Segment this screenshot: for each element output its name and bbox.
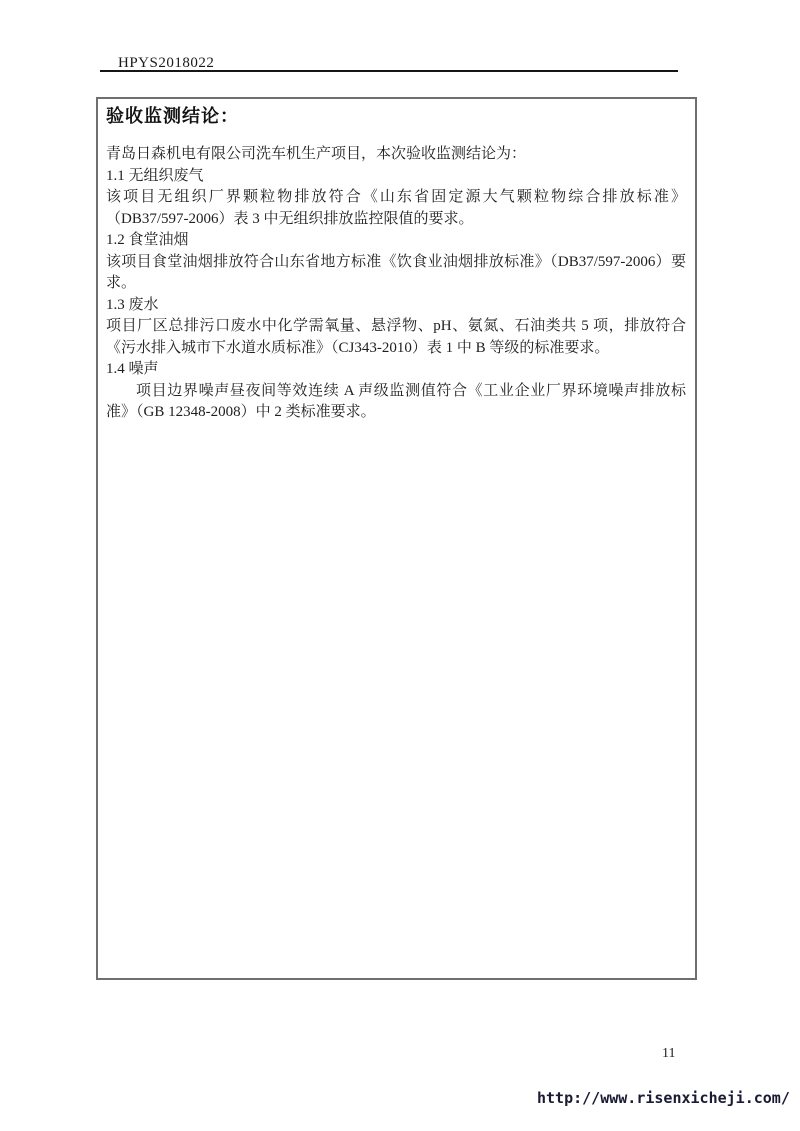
- conclusion-title: 验收监测结论：: [106, 105, 686, 127]
- watermark-url: http://www.risenxicheji.com/: [537, 1089, 790, 1107]
- section-1-4-heading: 1.4 噪声: [106, 359, 686, 381]
- page-number: 11: [662, 1046, 675, 1062]
- header-rule: [100, 70, 678, 72]
- section-1-2-body: 该项目食堂油烟排放符合山东省地方标准《饮食业油烟排放标准》（DB37/597-2…: [106, 252, 686, 295]
- intro-paragraph: 青岛日森机电有限公司洗车机生产项目，本次验收监测结论为：: [106, 144, 686, 166]
- section-1-3-heading: 1.3 废水: [106, 295, 686, 317]
- section-1-3-body: 项目厂区总排污口废水中化学需氧量、悬浮物、pH、氨氮、石油类共 5 项，排放符合…: [106, 316, 686, 359]
- section-1-2-heading: 1.2 食堂油烟: [106, 230, 686, 252]
- section-1-1-body: 该项目无组织厂界颗粒物排放符合《山东省固定源大气颗粒物综合排放标准》（DB37/…: [106, 187, 686, 230]
- conclusion-box: 验收监测结论： 青岛日森机电有限公司洗车机生产项目，本次验收监测结论为： 1.1…: [96, 97, 697, 980]
- section-1-4-body: 项目边界噪声昼夜间等效连续 A 声级监测值符合《工业企业厂界环境噪声排放标准》（…: [106, 381, 686, 424]
- section-1-1-heading: 1.1 无组织废气: [106, 166, 686, 188]
- conclusion-body: 青岛日森机电有限公司洗车机生产项目，本次验收监测结论为： 1.1 无组织废气 该…: [106, 144, 686, 424]
- document-page: HPYS2018022 验收监测结论： 青岛日森机电有限公司洗车机生产项目，本次…: [0, 0, 800, 1131]
